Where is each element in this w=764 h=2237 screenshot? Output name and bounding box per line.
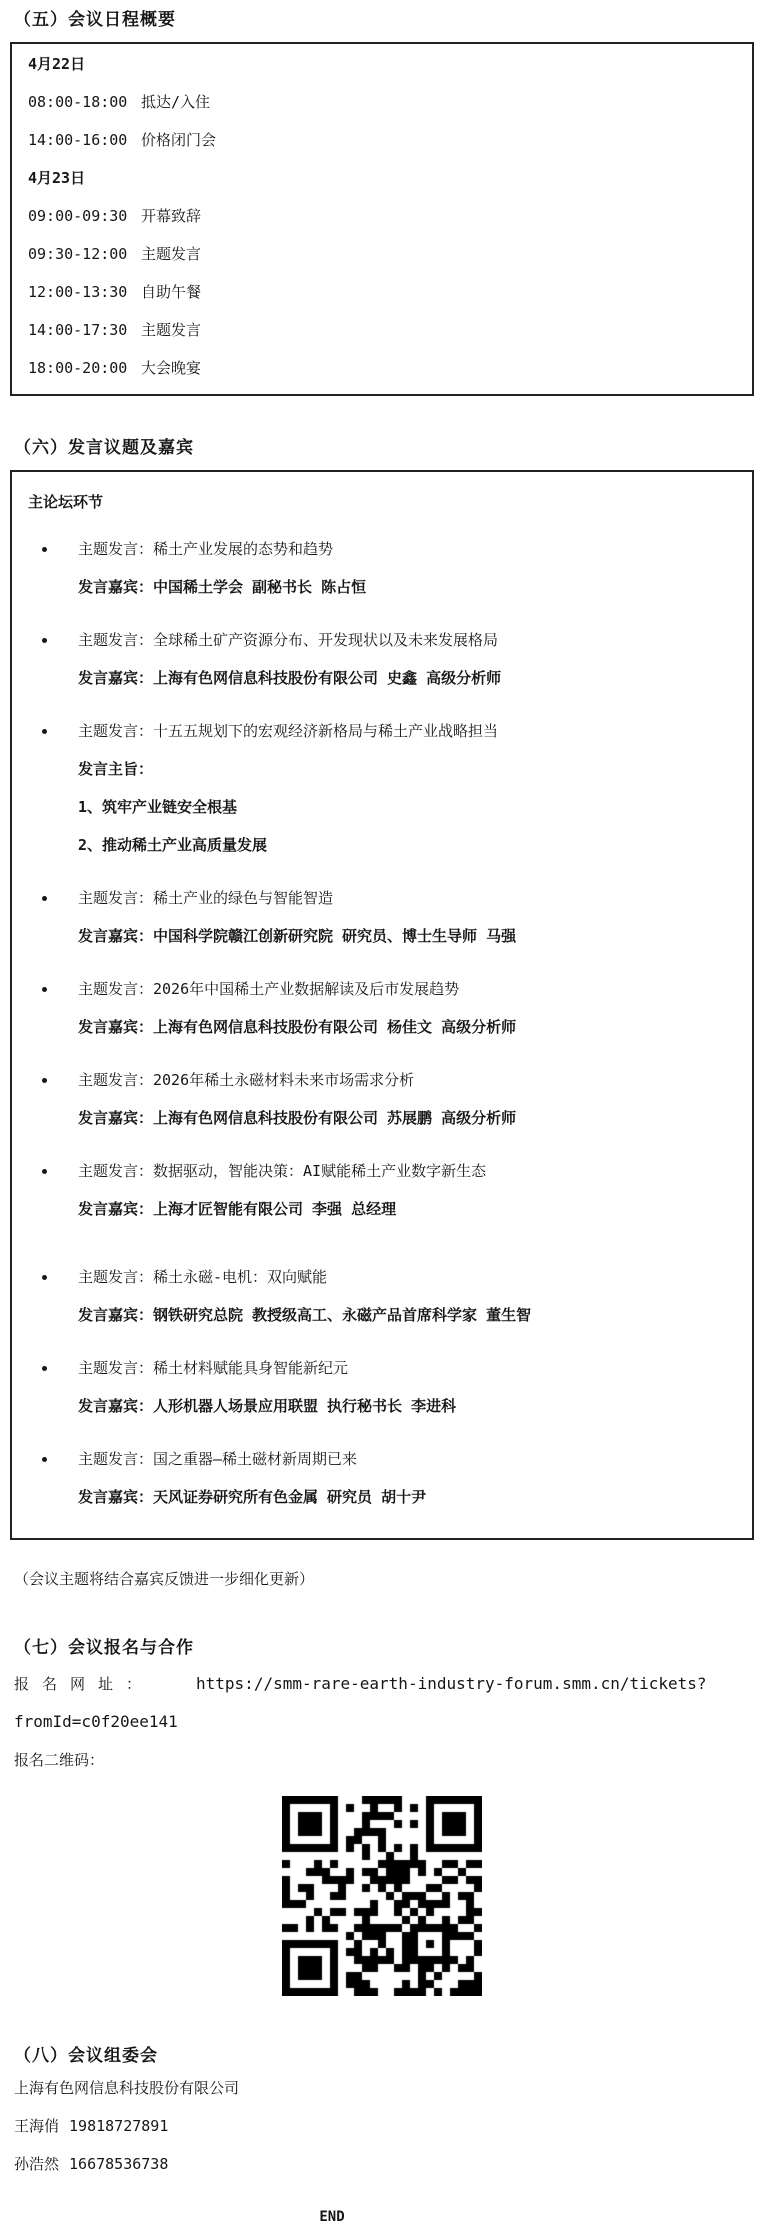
contact-name: 孙浩然 bbox=[14, 2155, 59, 2173]
time-range: 12:00-13:30 bbox=[28, 273, 128, 311]
section-committee: （八）会议组委会 上海有色网信息科技股份有限公司 王海俏19818727891孙… bbox=[14, 2045, 750, 2183]
guest-line: 发言嘉宾：上海有色网信息科技股份有限公司 史鑫 高级分析师 bbox=[78, 659, 736, 697]
speaker-item: 主题发言：稀土产业发展的态势和趋势发言嘉宾：中国稀土学会 副秘书长 陈占恒 bbox=[28, 530, 736, 606]
schedule-row: 12:00-13:30自助午餐 bbox=[28, 273, 736, 311]
bullet-icon bbox=[42, 1457, 47, 1462]
speaker-item: 主题发言：十五五规划下的宏观经济新格局与稀土产业战略担当发言主旨：1、筑牢产业链… bbox=[28, 712, 736, 864]
schedule-row: 09:00-09:30开幕致辞 bbox=[28, 197, 736, 235]
activity-label: 抵达/入住 bbox=[141, 93, 210, 111]
qr-code-label: 报名二维码： bbox=[14, 1741, 750, 1779]
registration-url-part2: fromId=c0f20ee141 bbox=[14, 1703, 750, 1741]
guest-line: 发言嘉宾：人形机器人场景应用联盟 执行秘书长 李进科 bbox=[78, 1387, 736, 1425]
contact-row: 孙浩然16678536738 bbox=[14, 2145, 750, 2183]
speaker-item: 主题发言：2026年稀土永磁材料未来市场需求分析发言嘉宾：上海有色网信息科技股份… bbox=[28, 1061, 736, 1137]
activity-label: 主题发言 bbox=[141, 245, 201, 263]
time-range: 14:00-16:00 bbox=[28, 121, 128, 159]
topic-line: 主题发言：稀土永磁-电机：双向赋能 bbox=[78, 1258, 736, 1296]
document-page: （五）会议日程概要 4月22日08:00-18:00抵达/入住14:00-16:… bbox=[0, 0, 764, 2225]
registration-url-label: 报名网址： bbox=[14, 1675, 154, 1693]
speaker-item: 主题发言：数据驱动，智能决策：AI赋能稀土产业数字新生态发言嘉宾：上海才匠智能有… bbox=[28, 1152, 736, 1228]
section-8-title: （八）会议组委会 bbox=[14, 2045, 750, 2067]
time-range: 14:00-17:30 bbox=[28, 311, 128, 349]
time-range: 08:00-18:00 bbox=[28, 83, 128, 121]
contact-phone: 16678536738 bbox=[69, 2155, 168, 2173]
topic-line: 主题发言：十五五规划下的宏观经济新格局与稀土产业战略担当 bbox=[78, 712, 736, 750]
activity-label: 开幕致辞 bbox=[141, 207, 201, 225]
schedule-row: 14:00-16:00价格闭门会 bbox=[28, 121, 736, 159]
activity-label: 主题发言 bbox=[141, 321, 201, 339]
guest-line: 发言嘉宾：上海有色网信息科技股份有限公司 杨佳文 高级分析师 bbox=[78, 1008, 736, 1046]
topic-line: 主题发言：2026年中国稀土产业数据解读及后市发展趋势 bbox=[78, 970, 736, 1008]
contact-name: 王海俏 bbox=[14, 2117, 59, 2135]
activity-label: 价格闭门会 bbox=[141, 131, 216, 149]
guest-line: 发言嘉宾：钢铁研究总院 教授级高工、永磁产品首席科学家 董生智 bbox=[78, 1296, 736, 1334]
time-range: 09:30-12:00 bbox=[28, 235, 128, 273]
speaker-item: 主题发言：稀土材料赋能具身智能新纪元发言嘉宾：人形机器人场景应用联盟 执行秘书长… bbox=[28, 1349, 736, 1425]
schedule-table: 4月22日08:00-18:00抵达/入住14:00-16:00价格闭门会4月2… bbox=[10, 42, 754, 396]
topic-line: 主题发言：稀土产业的绿色与智能智造 bbox=[78, 879, 736, 917]
speaker-item: 主题发言：稀土产业的绿色与智能智造发言嘉宾：中国科学院赣江创新研究院 研究员、博… bbox=[28, 879, 736, 955]
section-7-title: （七）会议报名与合作 bbox=[14, 1637, 750, 1659]
schedule-day-heading: 4月23日 bbox=[28, 159, 736, 197]
guest-line: 发言嘉宾：中国稀土学会 副秘书长 陈占恒 bbox=[78, 568, 736, 606]
guest-line: 发言嘉宾：上海有色网信息科技股份有限公司 苏展鹏 高级分析师 bbox=[78, 1099, 736, 1137]
bullet-icon bbox=[42, 1078, 47, 1083]
purpose-label: 发言主旨： bbox=[78, 750, 736, 788]
section-5-title: （五）会议日程概要 bbox=[14, 0, 750, 31]
purpose-point: 1、筑牢产业链安全根基 bbox=[78, 788, 736, 826]
agenda-update-note: （会议主题将结合嘉宾反馈进一步细化更新） bbox=[14, 1567, 750, 1591]
registration-url-part1: https://smm-rare-earth-industry-forum.sm… bbox=[196, 1674, 707, 1693]
bullet-icon bbox=[42, 729, 47, 734]
section-schedule: （五）会议日程概要 4月22日08:00-18:00抵达/入住14:00-16:… bbox=[14, 0, 750, 396]
section-6-title: （六）发言议题及嘉宾 bbox=[14, 437, 750, 459]
bullet-icon bbox=[42, 1366, 47, 1371]
schedule-row: 08:00-18:00抵达/入住 bbox=[28, 83, 736, 121]
guest-line: 发言嘉宾：中国科学院赣江创新研究院 研究员、博士生导师 马强 bbox=[78, 917, 736, 955]
bullet-icon bbox=[42, 1275, 47, 1280]
activity-label: 自助午餐 bbox=[141, 283, 201, 301]
section-speakers: （六）发言议题及嘉宾 主论坛环节 主题发言：稀土产业发展的态势和趋势发言嘉宾：中… bbox=[14, 437, 750, 1591]
registration-qr-code-icon bbox=[282, 1796, 482, 1996]
time-range: 18:00-20:00 bbox=[28, 349, 128, 387]
registration-url-line: 报名网址：https://smm-rare-earth-industry-for… bbox=[14, 1665, 750, 1703]
section-registration: （七）会议报名与合作 报名网址：https://smm-rare-earth-i… bbox=[14, 1637, 750, 1996]
bullet-icon bbox=[42, 1169, 47, 1174]
time-range: 09:00-09:30 bbox=[28, 197, 128, 235]
contact-row: 王海俏19818727891 bbox=[14, 2107, 750, 2145]
speaker-item: 主题发言：全球稀土矿产资源分布、开发现状以及未来发展格局发言嘉宾：上海有色网信息… bbox=[28, 621, 736, 697]
topic-line: 主题发言：2026年稀土永磁材料未来市场需求分析 bbox=[78, 1061, 736, 1099]
topic-line: 主题发言：稀土产业发展的态势和趋势 bbox=[78, 530, 736, 568]
speaker-item: 主题发言：2026年中国稀土产业数据解读及后市发展趋势发言嘉宾：上海有色网信息科… bbox=[28, 970, 736, 1046]
bullet-icon bbox=[42, 638, 47, 643]
topic-line: 主题发言：全球稀土矿产资源分布、开发现状以及未来发展格局 bbox=[78, 621, 736, 659]
schedule-day-heading: 4月22日 bbox=[28, 45, 736, 83]
schedule-row: 09:30-12:00主题发言 bbox=[28, 235, 736, 273]
speakers-panel: 主论坛环节 主题发言：稀土产业发展的态势和趋势发言嘉宾：中国稀土学会 副秘书长 … bbox=[10, 470, 754, 1540]
organizer-company: 上海有色网信息科技股份有限公司 bbox=[14, 2069, 750, 2107]
speaker-list: 主题发言：稀土产业发展的态势和趋势发言嘉宾：中国稀土学会 副秘书长 陈占恒主题发… bbox=[28, 530, 736, 1516]
activity-label: 大会晚宴 bbox=[141, 359, 201, 377]
speaker-item: 主题发言：国之重器—稀土磁材新周期已来发言嘉宾：天风证券研究所有色金属 研究员 … bbox=[28, 1440, 736, 1516]
guest-line: 发言嘉宾：天风证券研究所有色金属 研究员 胡十尹 bbox=[78, 1478, 736, 1516]
forum-segment-label: 主论坛环节 bbox=[28, 489, 736, 515]
bullet-icon bbox=[42, 547, 47, 552]
end-marker: END bbox=[14, 2209, 650, 2225]
contact-phone: 19818727891 bbox=[69, 2117, 168, 2135]
schedule-row: 14:00-17:30主题发言 bbox=[28, 311, 736, 349]
topic-line: 主题发言：数据驱动，智能决策：AI赋能稀土产业数字新生态 bbox=[78, 1152, 736, 1190]
purpose-point: 2、推动稀土产业高质量发展 bbox=[78, 826, 736, 864]
contact-list: 王海俏19818727891孙浩然16678536738 bbox=[14, 2107, 750, 2183]
bullet-icon bbox=[42, 987, 47, 992]
bullet-icon bbox=[42, 896, 47, 901]
topic-line: 主题发言：国之重器—稀土磁材新周期已来 bbox=[78, 1440, 736, 1478]
speaker-item: 主题发言：稀土永磁-电机：双向赋能发言嘉宾：钢铁研究总院 教授级高工、永磁产品首… bbox=[28, 1258, 736, 1334]
guest-line: 发言嘉宾：上海才匠智能有限公司 李强 总经理 bbox=[78, 1190, 736, 1228]
topic-line: 主题发言：稀土材料赋能具身智能新纪元 bbox=[78, 1349, 736, 1387]
schedule-row: 18:00-20:00大会晚宴 bbox=[28, 349, 736, 387]
